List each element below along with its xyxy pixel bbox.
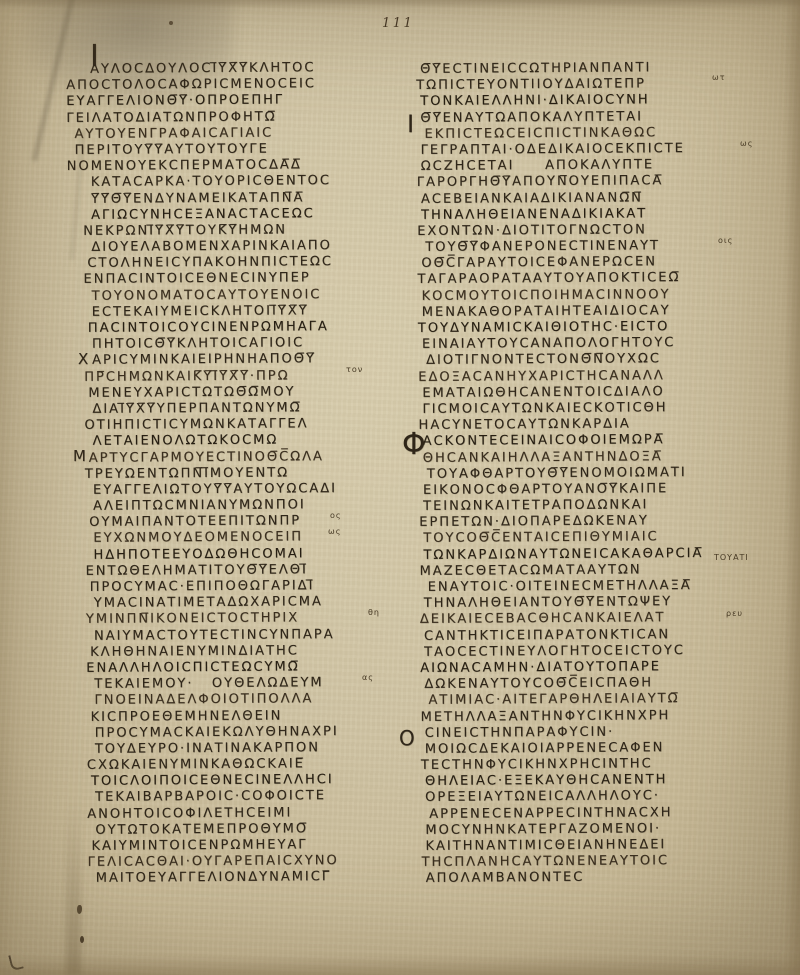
pen-mark-bottom-left <box>8 953 24 971</box>
ink-dot-top <box>169 21 173 25</box>
text-column-right: Θ̅Υ̅ΕCΤΙΝΕΙCCΩΤΗΡΙΑΝΠΑΝΤΙΤΩΠΙCΤΕΥΟΝΤΙΙΟΥ… <box>408 59 774 887</box>
page-edge-top <box>0 0 800 9</box>
manuscript-line: ΑΠΟΛΑΜΒΑΝΟΝΤΕC <box>426 869 774 888</box>
page-number: 111 <box>382 16 414 31</box>
page-edge-right <box>784 0 800 975</box>
manuscript-page: 111 ΑΥΛΟCΔΟΥΛΟCΙ̅Υ̅Χ̅Υ̅ΚΛΗΤΟCΑΠΟCΤΟΛΟCΑΦ… <box>0 0 800 975</box>
ink-speck <box>80 936 84 943</box>
text-column-left: ΑΥΛΟCΔΟΥΛΟCΙ̅Υ̅Χ̅Υ̅ΚΛΗΤΟCΑΠΟCΤΟΛΟCΑΦΩΡΙC… <box>64 60 415 888</box>
ink-speck <box>77 905 82 914</box>
page-edge-bottom <box>0 955 800 975</box>
manuscript-line: ΜΑΙΤΟΕΥΑΓΓΕΛΙΟΝΔΥΝΑΜΙCΓ̅ <box>96 869 415 887</box>
